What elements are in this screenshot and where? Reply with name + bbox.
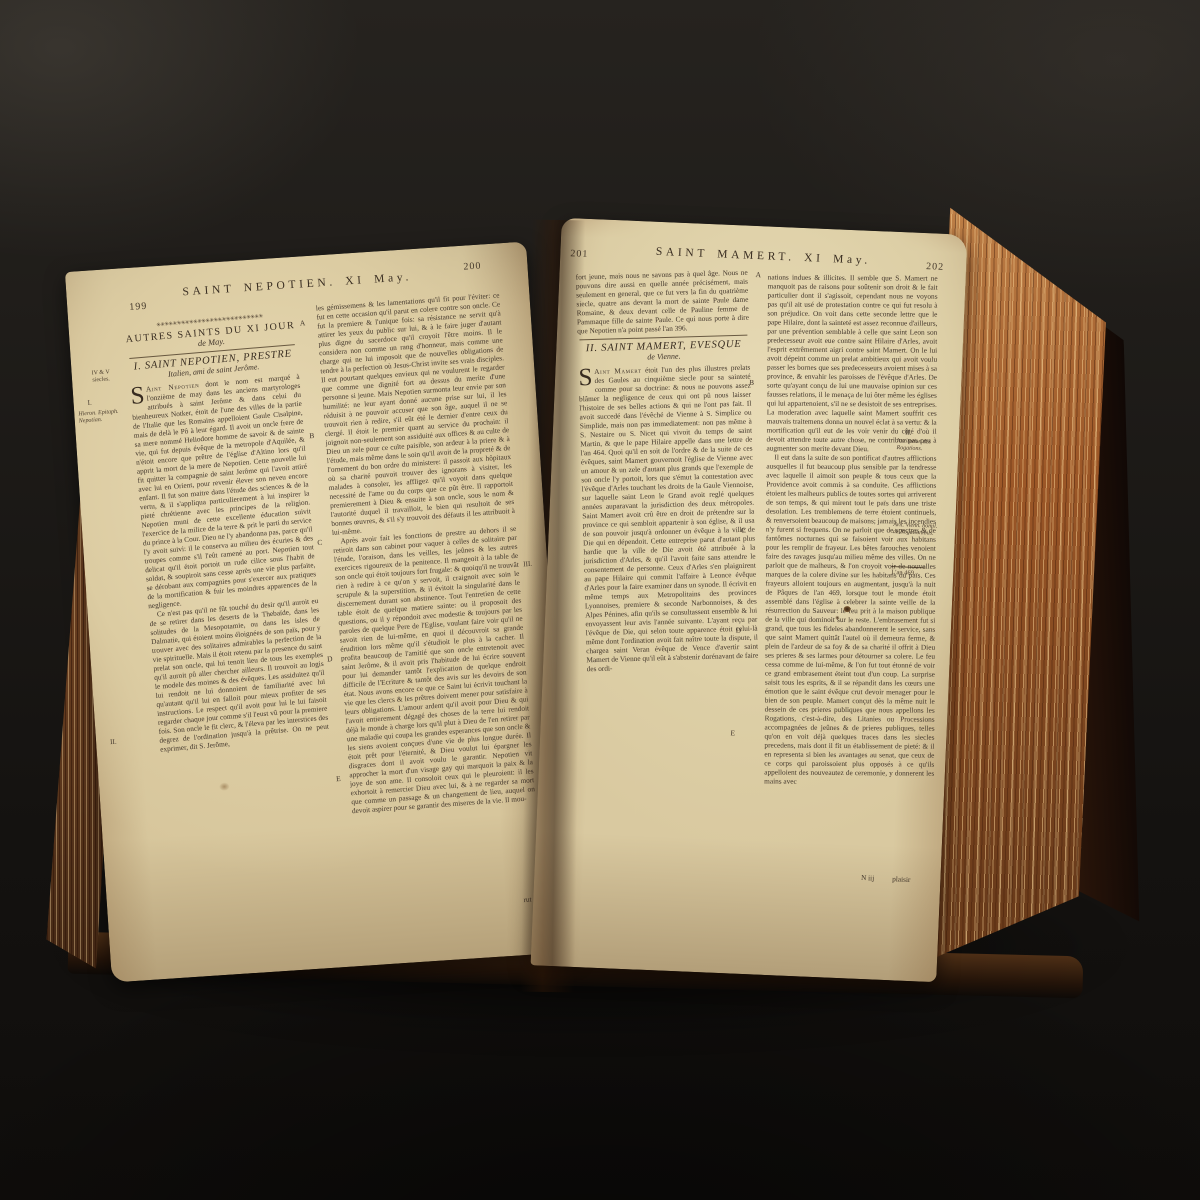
margin-note-century: IV & V siecles.	[78, 368, 125, 385]
right-column-1: fort jeune, mais nous ne savons pas à qu…	[576, 268, 765, 881]
reference-letter-E: E	[730, 728, 735, 737]
reference-letter-E: E	[336, 774, 341, 783]
catchword-left-page: rut	[447, 895, 531, 910]
catchword-right-page: plaisir	[892, 874, 911, 884]
reference-letter-B: B	[749, 378, 754, 387]
reference-letter-C: C	[741, 526, 746, 535]
left-column-2: les gémissemens & les lamentations qu'il…	[316, 290, 542, 900]
right-page-inner: 201 SAINT MAMERT. XI May. 202 fort jeune…	[531, 218, 968, 982]
reference-letter-B: B	[309, 431, 315, 440]
margin-note-rogations: Institution des Rogations.	[896, 438, 947, 454]
right-page: 201 SAINT MAMERT. XI May. 202 fort jeune…	[531, 218, 968, 982]
margin-number-II: II.	[905, 428, 912, 436]
margin-citation-avitus: Avit. Vienn. homil. de Rogationibus.	[893, 522, 944, 538]
body-paragraph: SAint Nepotien dont le nom est marqué à …	[130, 372, 318, 610]
drop-cap: S	[130, 385, 148, 407]
margin-note-year: L'an 469.	[891, 566, 941, 578]
gutter-shadow	[521, 220, 586, 993]
reference-letter-D: D	[736, 625, 742, 634]
body-paragraph: fort jeune, mais nous ne savons pas à qu…	[576, 268, 750, 336]
reference-letter-C: C	[317, 538, 323, 547]
signature-mark: N iij	[861, 873, 875, 883]
left-page-inner: 199 SAINT NEPOTIEN. XI May. 200 ✳✳✳✳✳✳✳✳…	[65, 241, 573, 982]
folio-202: 202	[926, 261, 944, 273]
body-paragraph: Après avoir fait les fonctions de prestr…	[332, 524, 535, 815]
right-running-head: SAINT MAMERT. XI May.	[560, 242, 966, 271]
reference-letter-D: D	[327, 654, 333, 663]
folio-200: 200	[463, 260, 482, 272]
body-paragraph: Il eut dans la suite de son pontificat d…	[764, 452, 936, 786]
body-paragraph: nations indues & illicites. Il semble qu…	[766, 272, 937, 453]
reference-letter-A: A	[300, 318, 306, 327]
margin-citation-hieron: Hieron. Epitaph. Nepotian.	[78, 408, 125, 425]
folio-199: 199	[129, 301, 148, 313]
margin-rule	[892, 566, 926, 568]
body-paragraph: SAint Mamert étoit l'un des plus illustr…	[578, 363, 758, 674]
margin-number-II: II.	[110, 738, 117, 746]
body-paragraph: Ce n'est pas qu'il ne fût touché du desi…	[149, 596, 330, 754]
margin-number-I: I.	[87, 399, 92, 407]
left-page: 199 SAINT NEPOTIEN. XI May. 200 ✳✳✳✳✳✳✳✳…	[65, 241, 573, 982]
reference-letter-A: A	[755, 270, 761, 279]
left-column-1: ✳✳✳✳✳✳✳✳✳✳✳✳✳✳✳✳✳✳✳✳✳✳✳✳✳✳ AUTRES SAINTS…	[125, 310, 344, 912]
body-paragraph: les gémissemens & les lamentations qu'il…	[316, 290, 516, 537]
